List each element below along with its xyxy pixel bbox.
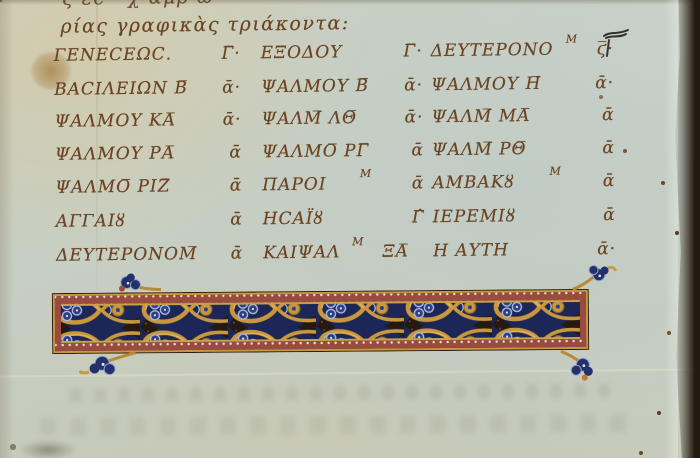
lection-count: ᾱ [230,210,243,230]
book-entry: ΔΕΥΤΕΡΟΝΟΜ ϛ̅· [431,39,614,61]
index-row: ΒΑϹΙΛΕΙΩΝ Β̅ ᾱ· ΨΑΛΜΟΥ Β̅ ᾱ· ΨΑΛΜΟΥ Η̅ ᾱ… [54,73,616,106]
lection-count: ᾱ· [595,73,614,93]
book-title: ΔΕΥΤΕΡΟΝΟ [431,40,554,61]
lection-count: ᾱ [603,205,616,225]
book-entry: ΨΑΛΜΟ̅ ΡΓ̅ ᾱ [262,140,424,162]
book-entry: ΕΞΟΔΟΥ Γ̅· [261,41,423,63]
book-title: Η ΑΥΤΗ [433,240,509,261]
abbrev-superscript: Μ [352,235,364,248]
lection-count: ᾱ [229,143,242,163]
book-title: ΙΕΡΕΜΙȣ [433,206,517,227]
lection-count: ᾱ [231,244,244,264]
abbrev-superscript: Μ [566,32,578,45]
abbrev-superscript: Μ [549,165,561,178]
book-title: ΠΑΡΟΙ [262,175,326,196]
abbrev-superscript: Μ [360,167,372,180]
book-title: ΨΑΛΜΟΥ Η̅ [431,74,542,95]
book-entry: ΨΑΛΜ̅ ΡΘ̅ ᾱ [432,138,615,160]
book-title: ΓΕΝΕϹΕΩϹ. [54,44,173,65]
lection-count: ᾱ [412,173,425,193]
book-title: ΒΑϹΙΛΕΙΩΝ Β̅ [54,78,188,100]
parchment-shadow [18,440,78,458]
lection-count: ᾱ [230,176,243,196]
book-entry: ΠΑΡΟΙΜ ᾱ [262,173,424,195]
lection-count: ᾱ· [597,239,616,259]
book-title: ΨΑΛΜ̅ ΡΘ̅ [432,139,527,160]
book-title: ΚΑΙΨΑΛ [263,242,340,263]
book-entry: ΨΑΛΜ̅ ΜΑ̅ ᾱ [431,105,614,127]
book-title: ΕΞΟΔΟΥ [261,42,343,63]
book-title: ΨΑΛΜΟΥ Β̅ [261,76,369,97]
book-entry: ΓΕΝΕϹΕΩϹ. Γ̅· [54,44,241,66]
title-line: ρίας γραφικὰς τριάκοντα: [60,12,350,38]
book-entry: Η ΑΥΤΗ ᾱ· [433,239,616,261]
index-row: ΔΕΥΤΕΡΟΝΟΜ̅ ᾱ ΚΑΙΨΑΛΜ ΞΑ̅ Η ΑΥΤΗ ᾱ· [56,239,618,272]
verso-showthrough [70,384,610,403]
book-entry: ΒΑϹΙΛΕΙΩΝ Β̅ ᾱ· [54,78,241,100]
book-title: ΨΑΛΜΟ̅ ΡΓ̅ [262,141,370,162]
book-entry: ΨΑΛΜΟΥ Η̅ ᾱ· [431,73,614,95]
book-entry: ΑΜΒΑΚȣΜ ᾱ [432,171,615,193]
index-row: ΨΑΛΜΟΥ ΚΑ̅ ᾱ· ΨΑΛΜ̅ ΛΘ̅ ᾱ· ΨΑΛΜ̅ ΜΑ̅ ᾱ [54,105,616,138]
lection-count: Γ̅· [403,41,422,61]
book-title: ΨΑΛΜΟΥ ΚΑ̅ [54,110,176,131]
ivy-ornament-top-right [568,259,619,303]
book-entry: ΙΕΡΕΜΙȣ ᾱ [433,205,616,227]
lection-count: ᾱ [602,138,615,158]
lection-count: ᾱ· [404,107,423,127]
lection-count: ᾱ· [404,75,423,95]
parchment-speckles [0,0,2,2]
book-title: ΑΜΒΑΚȣ [432,172,515,193]
book-title: ΑΓΓΑΙȣ [56,211,126,232]
book-title: ΨΑΛΜΟΥ ΡΑ̅ [55,143,175,164]
index-row: ΓΕΝΕϹΕΩϹ. Γ̅· ΕΞΟΔΟΥ Γ̅· ΔΕΥΤΕΡΟΝΟΜ ϛ̅· [54,39,616,72]
book-title: ΗϹΑΪȣ [263,209,324,230]
index-row: ΨΑΛΜΟ̅ ΡΙΖ̅ ᾱ ΠΑΡΟΙΜ ᾱ ΑΜΒΑΚȣΜ ᾱ [55,171,617,204]
book-entry: ΔΕΥΤΕΡΟΝΟΜ̅ ᾱ [56,244,243,266]
book-entry: ΨΑΛΜΟΥ ΡΑ̅ ᾱ [55,143,242,165]
book-entry: ΨΑΛΜ̅ ΛΘ̅ ᾱ· [261,107,423,129]
lection-count: Γ̂ [412,207,425,227]
book-entry: ΨΑΛΜΟ̅ ΡΙΖ̅ ᾱ [55,176,242,198]
lection-count: ΞΑ̅ [382,242,408,262]
lection-count: ᾱ [411,140,424,160]
page-edge-left [0,0,14,458]
lection-count: ᾱ· [222,78,241,98]
book-title: ΨΑΛΜΟ̅ ΡΙΖ̅ [55,176,170,197]
book-entry: ΨΑΛΜΟΥ ΚΑ̅ ᾱ· [54,110,241,132]
ink-mark [602,26,636,64]
lection-count: ᾱ· [223,110,242,130]
ivy-ornament-bottom-left [78,343,140,387]
book-title: ΨΑΛΜ̅ ΛΘ̅ [261,108,357,129]
book-title: ΨΑΛΜ̅ ΜΑ̅ [431,106,530,127]
page-edge-top [0,0,700,5]
book-entry: ΨΑΛΜΟΥ Β̅ ᾱ· [261,75,423,97]
lection-count: ᾱ [602,105,615,125]
ivy-ornament-bottom-right [555,346,604,387]
book-title: ΔΕΥΤΕΡΟΝΟΜ̅ [56,244,197,266]
book-entry: ΗϹΑΪȣ Γ̂ [263,207,425,229]
page-edge-highlight [664,0,678,458]
lection-count: Γ̅· [221,44,240,64]
text-block: ς εϲ · χ αμρ ω ρίας γραφικὰς τριάκοντα: … [0,0,700,300]
index-row: ΨΑΛΜΟΥ ΡΑ̅ ᾱ ΨΑΛΜΟ̅ ΡΓ̅ ᾱ ΨΑΛΜ̅ ΡΘ̅ ᾱ [55,138,617,171]
verso-showthrough [40,414,640,436]
manuscript-page-photo: ς εϲ · χ αμρ ω ρίας γραφικὰς τριάκοντα: … [0,0,700,458]
index-row: ΑΓΓΑΙȣ ᾱ ΗϹΑΪȣ Γ̂ ΙΕΡΕΜΙȣ ᾱ [56,205,618,238]
book-entry: ΚΑΙΨΑΛΜ ΞΑ̅ [263,241,425,263]
book-entry: ΑΓΓΑΙȣ ᾱ [56,210,243,232]
lection-count: ᾱ [603,171,616,191]
